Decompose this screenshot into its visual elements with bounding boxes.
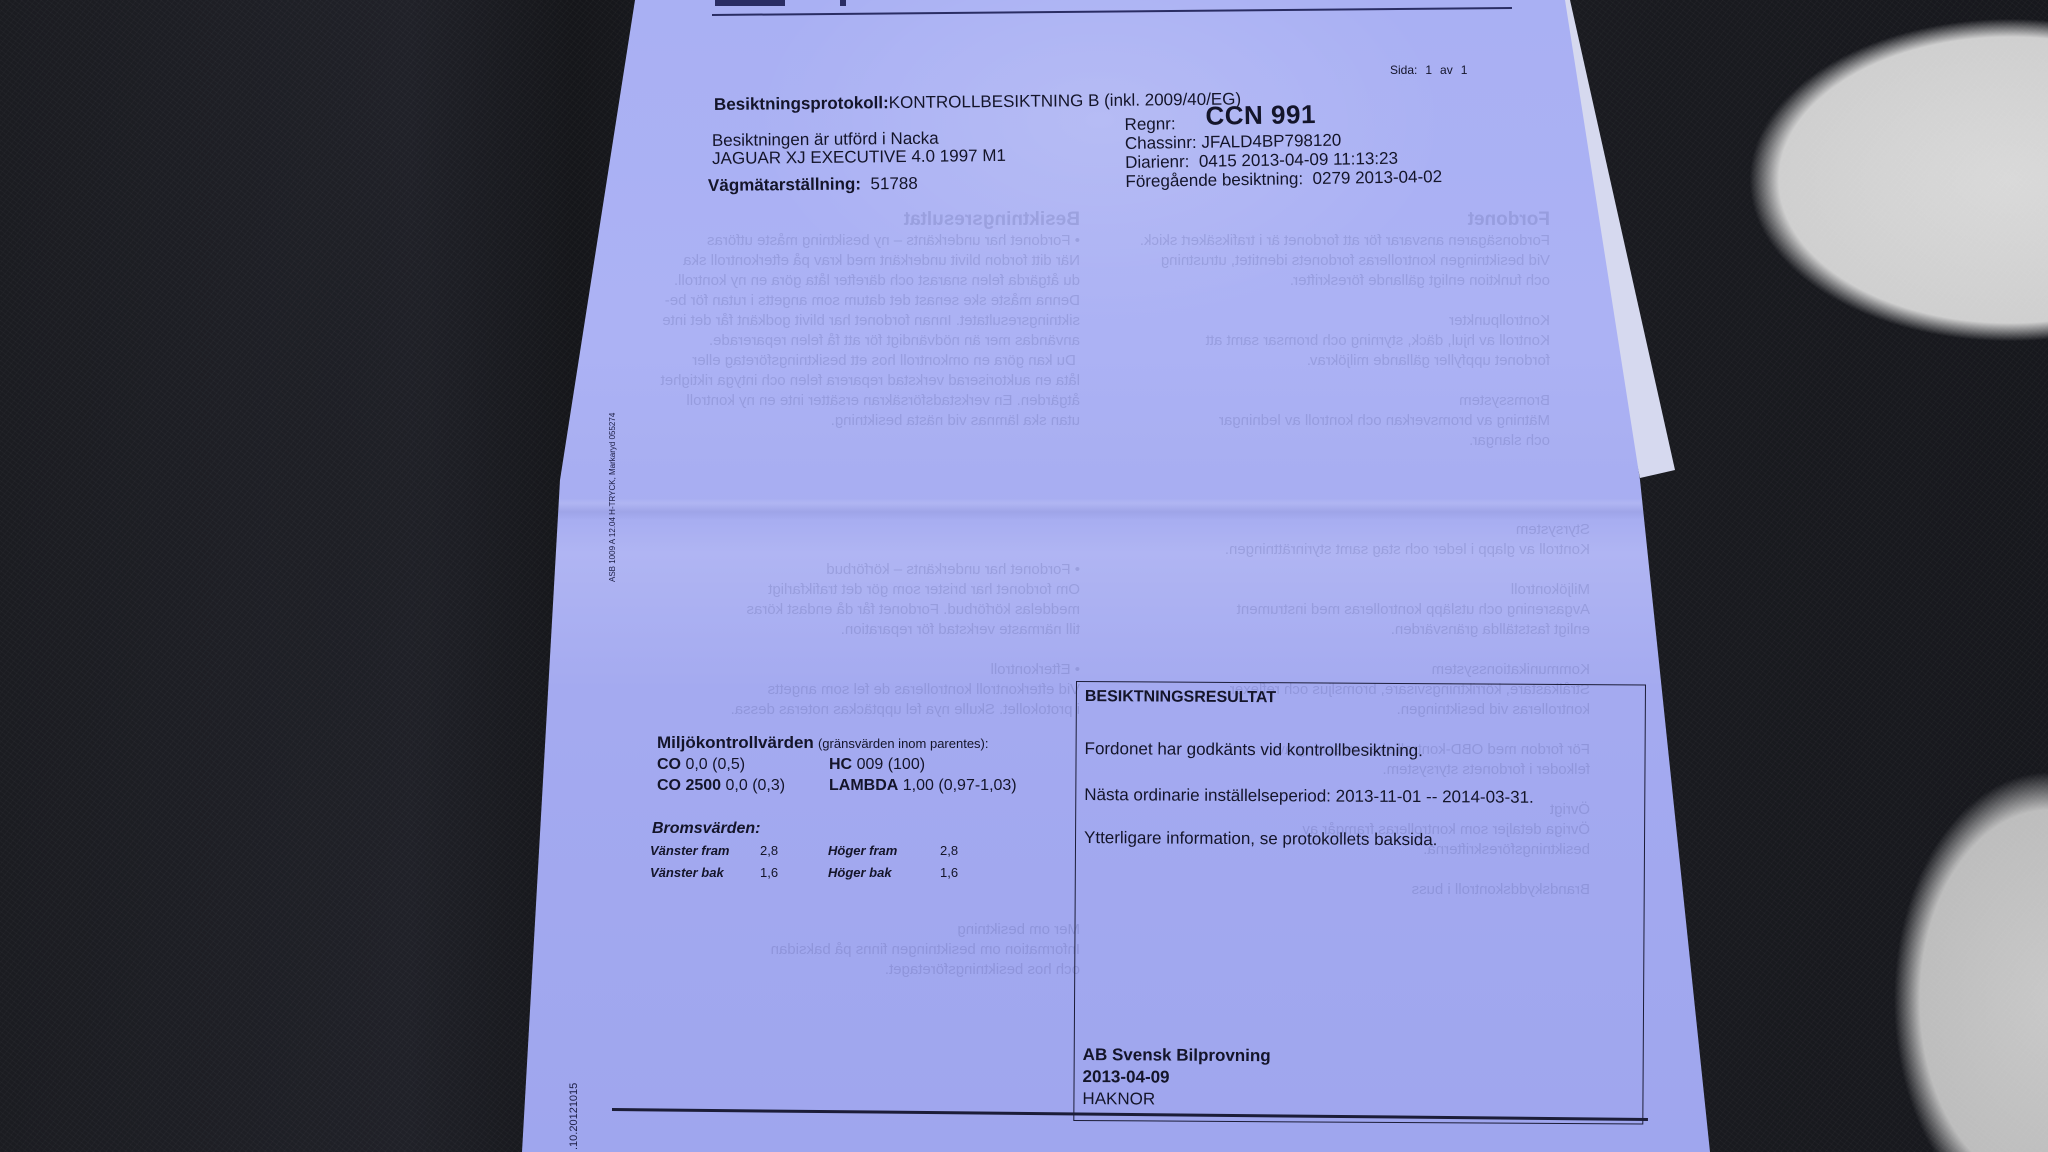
brake-value: 1,6 xyxy=(760,862,828,884)
brake-label: Vänster fram xyxy=(650,840,760,862)
odometer: Vägmätarställning: 51788 xyxy=(708,174,918,196)
emission-lambda: LAMBDA 1,00 (0,97-1,03) xyxy=(829,775,1089,796)
header-rule xyxy=(712,7,1512,16)
signature-date: 2013-04-09 xyxy=(1083,1067,1170,1087)
brake-values: Bromsvärden: Vänster fram 2,8 Höger fram… xyxy=(650,820,990,884)
header-mark xyxy=(840,0,846,6)
brakes-heading: Bromsvärden: xyxy=(652,820,990,838)
regnr-label: Regnr: xyxy=(1124,114,1175,134)
reverse-side-bleed: Fordonet Fordonsägaren ansvarar för att … xyxy=(1110,210,1550,451)
reverse-side-bleed: • Fordonet har underkänts – körförbud Om… xyxy=(660,560,1080,720)
vehicle-model: JAGUAR XJ EXECUTIVE 4.0 1997 M1 xyxy=(712,147,1006,168)
protocol-type: KONTROLLBESIKTNING B (inkl. 2009/40/EG) xyxy=(889,89,1242,112)
reverse-side-bleed: Besiktningsresultat • Fordonet har under… xyxy=(640,210,1080,431)
emissions-heading: Miljökontrollvärden xyxy=(657,733,814,752)
emissions-note: (gränsvärden inom parentes): xyxy=(818,736,989,751)
odometer-value: 51788 xyxy=(870,174,917,193)
brakes-grid: Vänster fram 2,8 Höger fram 2,8 Vänster … xyxy=(650,840,990,884)
diary-label: Diarienr: xyxy=(1125,152,1190,172)
previous-inspection-row: Föregående besiktning: 0279 2013-04-02 xyxy=(1125,167,1442,191)
header-mark xyxy=(715,0,785,6)
inspection-result-box: BESIKTNINGSRESULTAT Fordonet har godkänt… xyxy=(1073,681,1646,1124)
page-total: 1 xyxy=(1461,63,1468,77)
emission-co2500: CO 2500 0,0 (0,3) xyxy=(657,775,829,796)
result-title: BESIKTNINGSRESULTAT xyxy=(1085,688,1276,707)
emission-values: Miljökontrollvärden (gränsvärden inom pa… xyxy=(657,732,1089,796)
page-of-label: av xyxy=(1440,63,1453,77)
emissions-grid: CO 0,0 (0,5) HC 009 (100) CO 2500 0,0 (0… xyxy=(657,754,1089,796)
form-code: ASB 1009 A 12.04 H-TRYCK, Markaryd 05527… xyxy=(608,413,617,582)
page-number: 1 xyxy=(1425,63,1432,77)
previous-inspection-value: 0279 2013-04-02 xyxy=(1312,167,1442,188)
company-name: AB Svensk Bilprovning xyxy=(1083,1045,1271,1065)
brake-label: Vänster bak xyxy=(650,862,760,884)
print-code: .10.20121015 xyxy=(568,1083,580,1150)
registration-info: Regnr: CCN 991 Chassinr: JFALD4BP798120 … xyxy=(1124,107,1442,191)
signature-block: AB Svensk Bilprovning 2013-04-09 HAKNOR xyxy=(1082,1044,1270,1111)
brake-label: Höger bak xyxy=(828,862,940,884)
previous-inspection-label: Föregående besiktning: xyxy=(1125,169,1303,191)
regnr-value: CCN 991 xyxy=(1205,105,1316,126)
chassis-value: JFALD4BP798120 xyxy=(1201,131,1341,152)
inspector-id: HAKNOR xyxy=(1082,1088,1270,1111)
next-period: Nästa ordinarie inställelseperiod: 2013-… xyxy=(1084,785,1534,808)
emission-hc: HC 009 (100) xyxy=(829,754,1089,775)
emission-co: CO 0,0 (0,5) xyxy=(657,754,829,775)
brake-label: Höger fram xyxy=(828,840,940,862)
reverse-side-bleed: Mer om besiktning Information om besiktn… xyxy=(660,920,1080,980)
chassis-label: Chassinr: xyxy=(1125,133,1197,153)
more-info: Ytterligare information, se protokollets… xyxy=(1084,828,1438,850)
page-label: Sida: xyxy=(1390,63,1417,77)
brake-value: 1,6 xyxy=(940,862,990,884)
brake-value: 2,8 xyxy=(940,840,990,862)
protocol-label: Besiktningsprotokoll: xyxy=(714,93,889,114)
brake-value: 2,8 xyxy=(760,840,828,862)
odometer-label: Vägmätarställning: xyxy=(708,174,861,195)
result-status: Fordonet har godkänts vid kontrollbesikt… xyxy=(1085,739,1423,761)
vehicle-info: Besiktningen är utförd i Nacka JAGUAR XJ… xyxy=(712,129,1006,168)
page-indicator: Sida:1av1 xyxy=(1390,63,1475,77)
